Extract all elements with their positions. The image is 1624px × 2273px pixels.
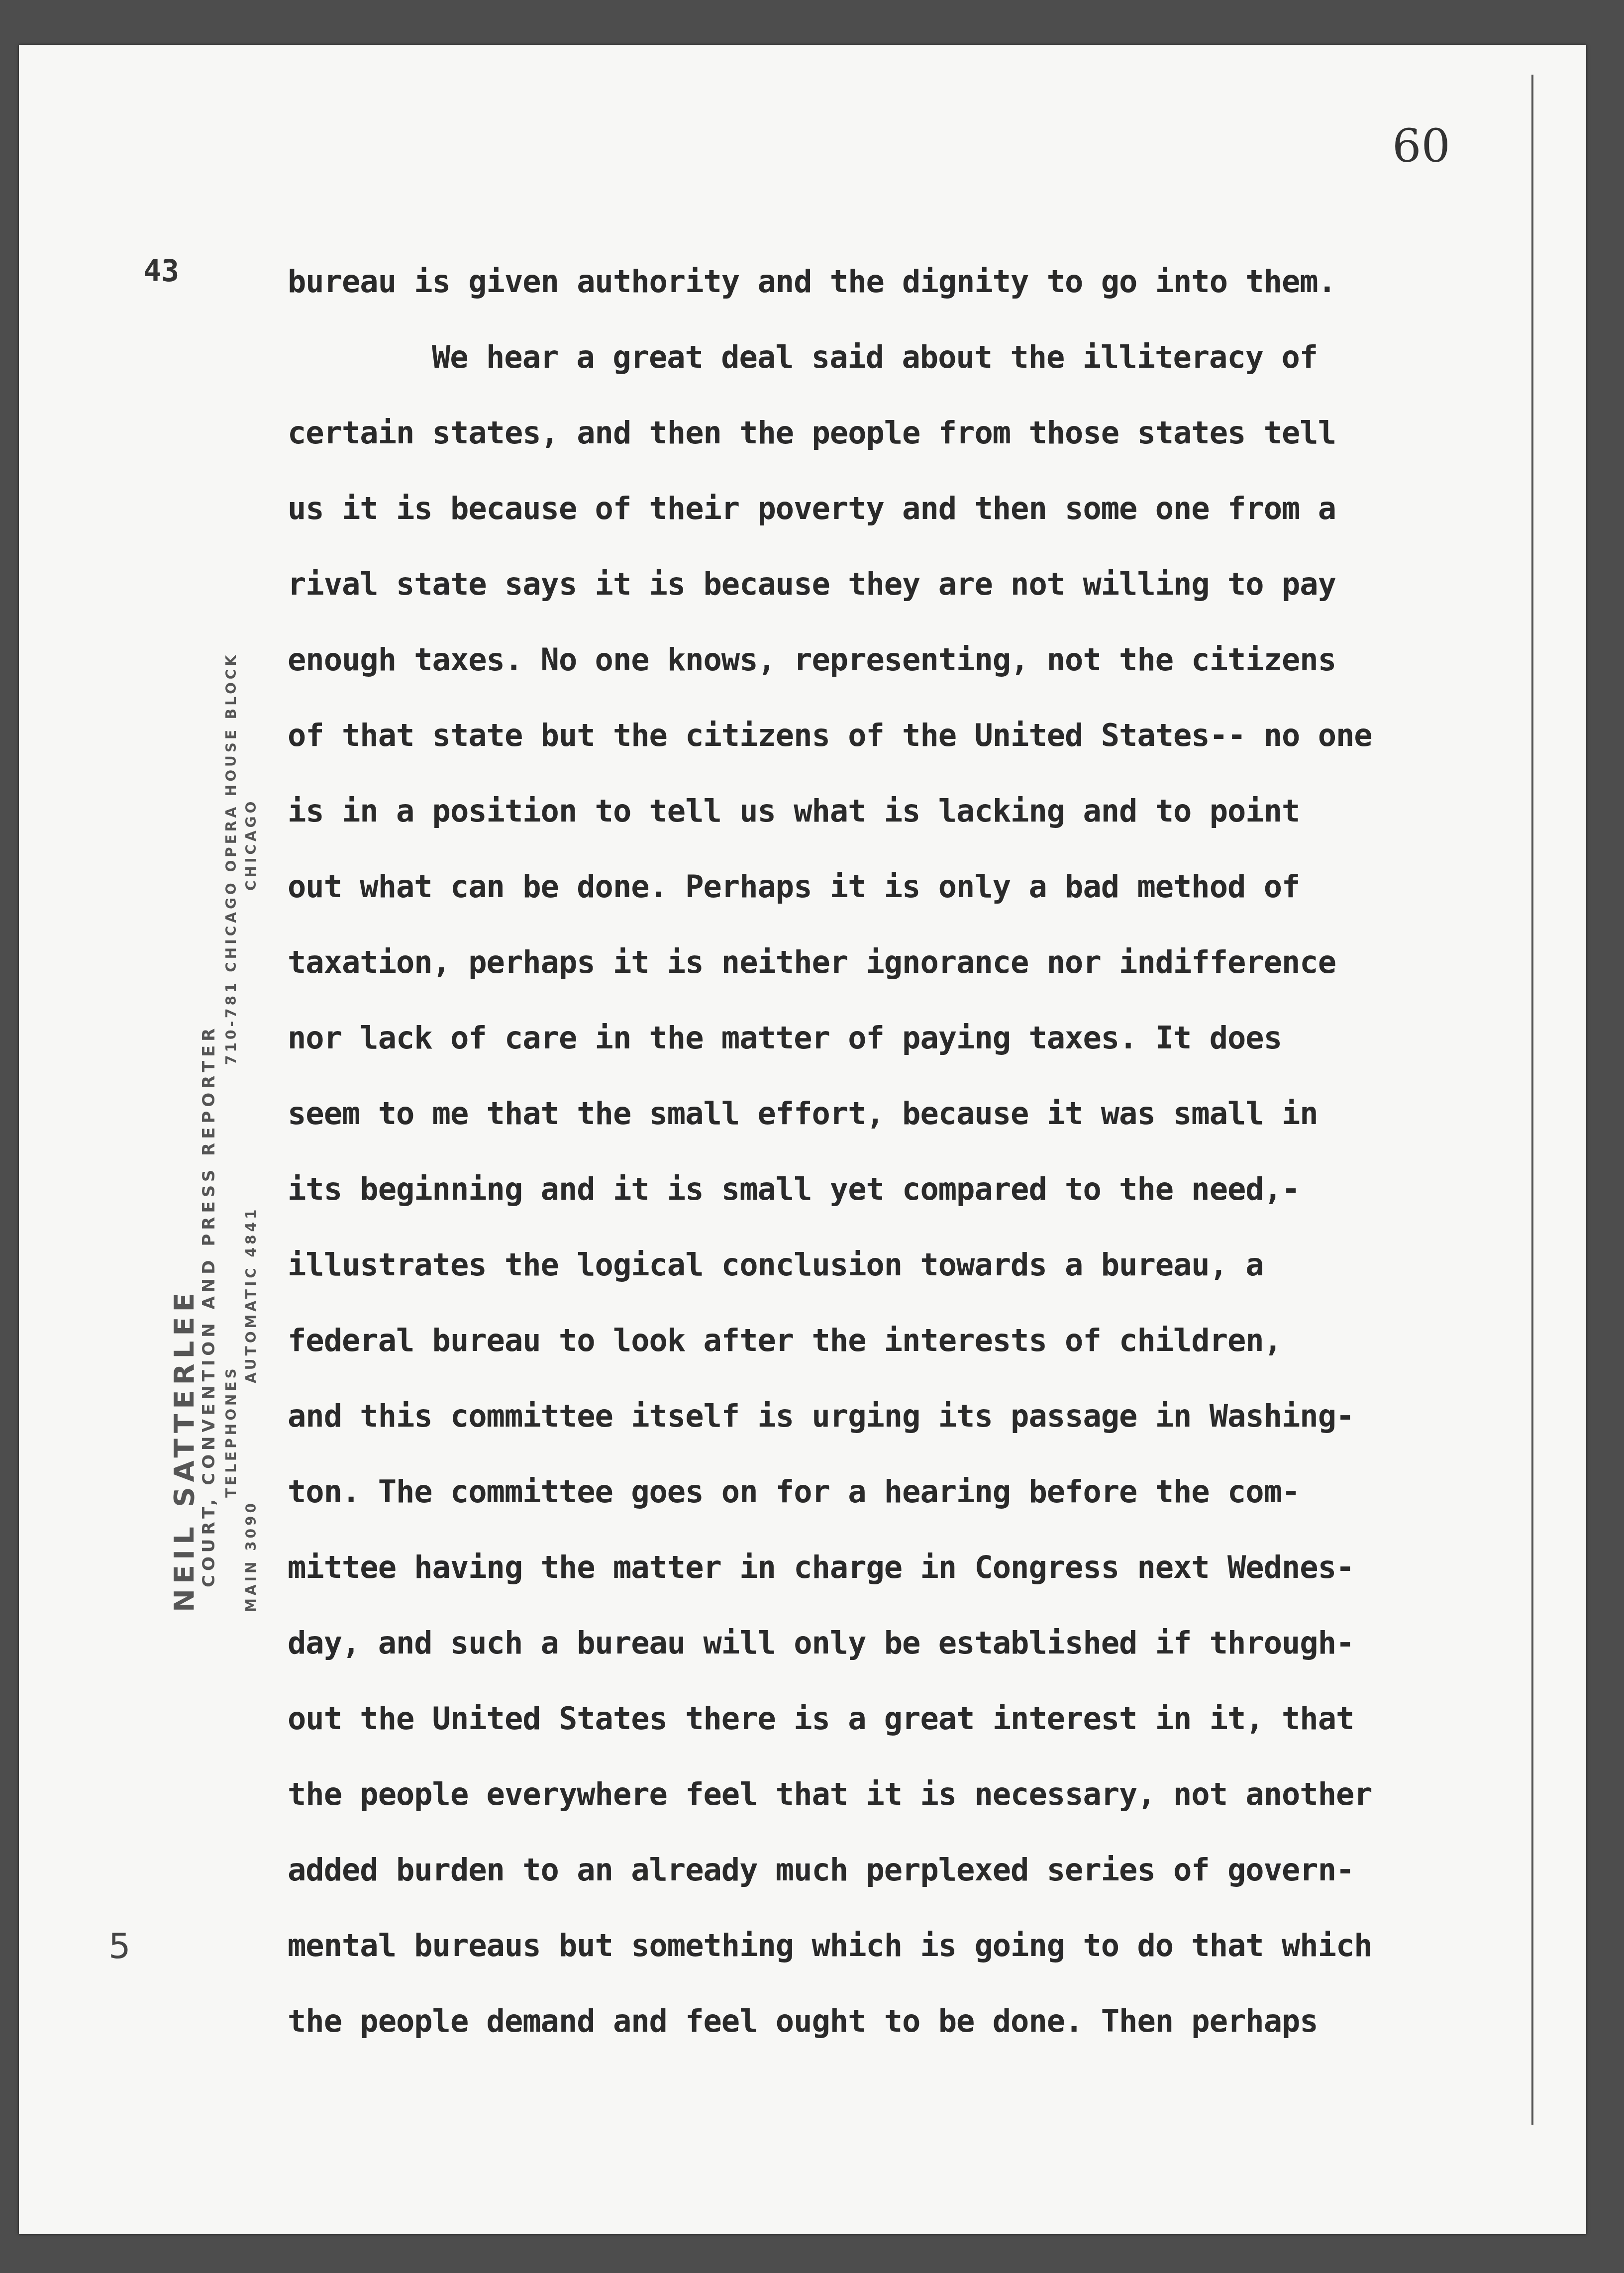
page-number: 60 [1392, 119, 1450, 173]
text-line: certain states, and then the people from… [288, 395, 1531, 471]
text-line: rival state says it is because they are … [288, 546, 1531, 622]
text-line: of that state but the citizens of the Un… [288, 698, 1531, 773]
right-margin-rule [1531, 75, 1533, 2125]
text-line: us it is because of their poverty and th… [288, 471, 1531, 546]
text-line: nor lack of care in the matter of paying… [288, 1000, 1531, 1076]
telephones-label: TELEPHONES [223, 1365, 239, 1498]
text-line: the people demand and feel ought to be d… [288, 1983, 1531, 2059]
phone-automatic: AUTOMATIC 4841 [243, 1206, 259, 1383]
reporter-name: NEIL SATTERLEE [168, 1288, 201, 1612]
phone-main: MAIN 3090 [243, 1500, 259, 1612]
text-line: bureau is given authority and the dignit… [288, 244, 1531, 319]
text-line: is in a position to tell us what is lack… [288, 773, 1531, 849]
text-line: day, and such a bureau will only be esta… [288, 1605, 1531, 1681]
text-line: out the United States there is a great i… [288, 1681, 1531, 1756]
text-line: illustrates the logical conclusion towar… [288, 1227, 1531, 1303]
margin-line-number: 43 [143, 254, 179, 289]
reporter-address: 710-781 CHICAGO OPERA HOUSE BLOCK [223, 652, 239, 1065]
text-line: We hear a great deal said about the illi… [288, 319, 1531, 395]
margin-handwritten-mark: 5 [108, 1926, 131, 1966]
reporter-title: COURT, CONVENTION AND PRESS REPORTER [199, 1025, 219, 1587]
text-line: out what can be done. Perhaps it is only… [288, 849, 1531, 925]
text-line: mittee having the matter in charge in Co… [288, 1530, 1531, 1605]
transcript-body: bureau is given authority and the dignit… [288, 244, 1531, 2059]
text-line: ton. The committee goes on for a hearing… [288, 1454, 1531, 1530]
reporter-city: CHICAGO [243, 799, 259, 891]
text-line: and this committee itself is urging its … [288, 1378, 1531, 1454]
text-line: its beginning and it is small yet compar… [288, 1151, 1531, 1227]
text-line: federal bureau to look after the interes… [288, 1303, 1531, 1378]
text-line: taxation, perhaps it is neither ignoranc… [288, 925, 1531, 1000]
text-line: enough taxes. No one knows, representing… [288, 622, 1531, 698]
text-line: seem to me that the small effort, becaus… [288, 1076, 1531, 1151]
text-line: the people everywhere feel that it is ne… [288, 1756, 1531, 1832]
text-line: mental bureaus but something which is go… [288, 1908, 1531, 1983]
text-line: added burden to an already much perplexe… [288, 1832, 1531, 1908]
document-page: 60 43 bureau is given authority and the … [19, 45, 1586, 2234]
